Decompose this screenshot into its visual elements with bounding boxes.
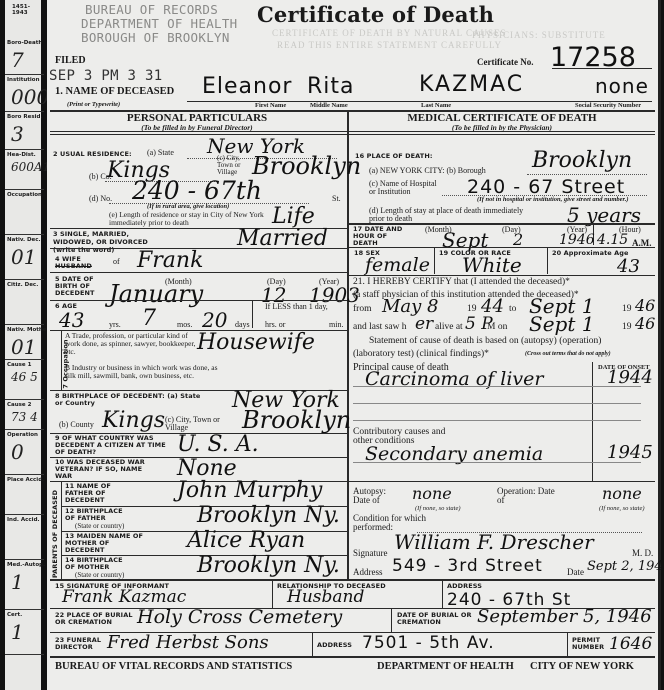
strip-cell-label: Operation — [7, 432, 38, 438]
footer-city: CITY OF NEW YORK — [530, 661, 634, 672]
autopsy-label: Autopsy: Date of — [353, 487, 403, 505]
last-saw-pronoun: er — [415, 314, 433, 334]
age-days: 20 — [202, 308, 227, 332]
strip-cell-label: Hea-Dist. — [7, 152, 36, 158]
to-label: to — [509, 304, 516, 314]
strip-cell-label: Cause 2 — [7, 402, 31, 408]
strip-cell: Boro Resid.3 — [5, 112, 44, 150]
autopsy: none — [412, 484, 452, 503]
father-label: 11 NAME OF FATHER OF DECEDENT — [65, 483, 135, 504]
permit-number: 1646 — [609, 634, 652, 654]
cross-out-note: (Cross out terms that do not apply) — [525, 351, 611, 357]
strip-cell: Ind. Accid. — [5, 515, 44, 560]
funeral-address-label: ADDRESS — [317, 641, 352, 649]
father-birthplace-sublabel: (State or country) — [75, 522, 124, 530]
rural-note: (If in rural area, give location) — [147, 203, 229, 210]
ssn: none — [595, 74, 649, 98]
alive-at-label: alive at — [435, 322, 463, 332]
birthplace-label: 8 BIRTHPLACE OF DECEDENT: (a) State or C… — [55, 393, 205, 407]
length-of-residence-label: (e) Length of residence or stay in City … — [109, 211, 269, 227]
nyc-borough-label: (a) NEW YORK CITY: (b) Borough — [369, 166, 486, 175]
footer-department: DEPARTMENT OF HEALTH — [377, 661, 514, 672]
city-label: (c) City, Town or Village — [217, 155, 257, 176]
strip-cell-label: Boro Resid. — [7, 114, 43, 120]
burial-date: September 5, 1946 — [477, 606, 652, 627]
dob-month: January — [109, 280, 203, 308]
strip-header: 1451-1943 — [12, 4, 41, 16]
strip-cell-value: 000 — [11, 85, 49, 109]
spouse-label-husband: HUSBAND — [55, 262, 92, 270]
residence-city: Brooklyn — [252, 152, 361, 180]
mother-name: Alice Ryan — [187, 528, 305, 553]
parents-side-label: PARENTS OF DECEASED — [51, 490, 59, 578]
personal-subheading: (To be filled in by Funeral Director) — [47, 123, 347, 132]
md-label: M. D. — [632, 548, 653, 558]
filed-stamp: SEP 3 PM 3 31 — [49, 68, 162, 84]
last-saw-date: Sept 1 — [529, 312, 594, 336]
strip-cell: Boro-Death7 — [5, 38, 44, 75]
veteran-label: 10 WAS DECEASED WAR VETERAN? IF SO, NAME… — [55, 459, 145, 480]
mother-birthplace-label: 14 BIRTHPLACE OF MOTHER — [65, 557, 135, 571]
middle-name: Rita — [307, 74, 355, 99]
strip-cell-label: Occupation — [7, 192, 42, 198]
residence-number: 240 - 67th — [132, 176, 262, 205]
birthplace-city: Brooklyn — [242, 406, 351, 434]
age-months: 7 — [142, 306, 156, 331]
strip-cell-value: 1 — [11, 620, 24, 644]
father-name: John Murphy — [177, 478, 322, 503]
bleed-through-text: PHYSICIANS: SUBSTITUTE — [472, 30, 606, 40]
strip-cell: Hea-Dist.600A1 — [5, 150, 44, 190]
strip-cell-value: 73 4 — [11, 410, 38, 424]
name-sublabel: (Print or Typewrite) — [67, 101, 120, 108]
strip-cell: Place Accid. — [5, 475, 44, 515]
death-year: 1946 — [559, 232, 595, 248]
certify-line-1: 21. I HEREBY CERTIFY that (I attended th… — [353, 277, 570, 287]
burial-date-label: DATE OF BURIAL OR CREMATION — [397, 612, 477, 626]
operation-label: Operation: Date of — [497, 487, 557, 505]
last-saw-label: and last saw h — [353, 322, 407, 332]
coding-strip: 1451-1943 Boro-Death7Institution000Boro … — [0, 0, 44, 690]
medical-subheading: (To be filled in by the Physician) — [349, 123, 655, 132]
strip-cell: Operation0 — [5, 430, 44, 475]
sex: female — [365, 254, 430, 276]
birthplace-city-label: (c) City, Town or Village — [165, 416, 235, 432]
strip-cell: Med.-Autop.1 — [5, 560, 44, 610]
strip-cell-value: 01 — [11, 335, 36, 359]
date-label: Date — [567, 567, 584, 577]
death-hour: 4.15 — [597, 232, 628, 248]
certify-date: Sept 2, 1946 — [587, 559, 664, 574]
father-birthplace: Brooklyn Ny. — [197, 503, 340, 528]
strip-cell-value: 7 — [11, 48, 24, 72]
spouse-of-label: of — [113, 257, 120, 266]
citizenship-label: 9 OF WHAT COUNTRY WAS DECEDENT A CITIZEN… — [55, 435, 170, 456]
funeral-director-label: 23 FUNERAL DIRECTOR — [55, 637, 105, 651]
mother-birthplace-sublabel: (State or country) — [75, 571, 124, 579]
burial-place-label: 22 PLACE OF BURIAL OR CREMATION — [55, 612, 135, 626]
attended-to-year: 46 — [635, 296, 655, 315]
street-label: St. — [332, 194, 341, 203]
strip-cell-label: Cert. — [7, 612, 22, 618]
filed-label: FILED — [55, 55, 86, 66]
strip-cell-label: Nativ. Mother — [7, 327, 49, 333]
strip-cell-value: 01 — [11, 245, 36, 269]
name-label: 1. NAME OF DECEASED — [55, 86, 174, 97]
ssn-label: Social Security Number — [575, 102, 641, 109]
physician-address: 549 - 3rd Street — [392, 556, 543, 576]
burial-place: Holy Cross Cemetery — [137, 606, 342, 628]
birthplace-county-label: (b) County — [59, 420, 94, 429]
physician-address-label: Address — [353, 567, 383, 577]
strip-cell: Institution000 — [5, 75, 44, 112]
strip-cell-label: Med.-Autop. — [7, 562, 45, 568]
statement-label: Statement of cause of death is based on … — [369, 336, 601, 346]
principal-onset: 1944 — [607, 367, 653, 388]
last-name: KAZMAC — [419, 72, 524, 97]
strip-cell: Citiz. Dec. — [5, 280, 44, 325]
dob-label: 5 DATE OF BIRTH OF DECEDENT — [55, 276, 105, 297]
strip-cell: Cert.1 — [5, 610, 44, 655]
strip-cell-value: 3 — [11, 122, 24, 146]
informant-address-label: ADDRESS — [447, 582, 482, 590]
relationship: Husband — [287, 587, 364, 607]
strip-cell: Cause 146 5 — [5, 360, 44, 400]
strip-cell-label: Ind. Accid. — [7, 517, 40, 523]
certificate-no-label: Certificate No. — [477, 57, 533, 67]
bureau-stamp-line: BOROUGH OF BROOKLYN — [81, 30, 230, 45]
last-saw-year-prefix: 19 — [622, 322, 632, 332]
bleed-through-text: READ THIS ENTIRE STATEMENT CAREFULLY — [277, 40, 502, 50]
usual-residence-label: 2 USUAL RESIDENCE: — [53, 150, 132, 158]
strip-cell: Nativ. Dec.01 — [5, 235, 44, 280]
first-name-label: First Name — [255, 102, 286, 109]
days-label: days — [235, 320, 250, 329]
statement-label-2: (laboratory test) (clinical findings)* — [353, 349, 489, 359]
permit-label: PERMIT NUMBER — [572, 637, 602, 651]
from-label: from — [353, 304, 371, 314]
operation-note: (If none, so state) — [599, 505, 645, 512]
strip-cell-value: 600A1 — [11, 160, 50, 174]
trade: Housewife — [197, 330, 315, 355]
approx-age: 43 — [617, 256, 640, 277]
birthplace-county: Kings — [102, 408, 165, 433]
from-year-prefix: 19 — [467, 304, 477, 314]
industry-label: B Industry or business in which work was… — [65, 364, 225, 380]
funeral-director: Fred Herbst Sons — [107, 632, 269, 653]
less-than-day-label: If LESS than 1 day, — [265, 302, 328, 311]
strip-cell-label: Institution — [7, 77, 40, 83]
m-on-label: M on — [487, 322, 507, 332]
strip-cell-value: 46 5 — [11, 370, 38, 384]
operation: none — [602, 484, 642, 503]
yrs-label: yrs. — [109, 320, 121, 329]
strip-cell-label: Nativ. Dec. — [7, 237, 41, 243]
contributory-onset: 1945 — [607, 442, 653, 463]
strip-cell: Cause 273 4 — [5, 400, 44, 430]
place-of-death-label: 16 PLACE OF DEATH: — [355, 152, 433, 160]
state-label: (a) State — [147, 148, 174, 157]
funeral-address: 7501 - 5th Av. — [362, 633, 495, 653]
signature-label: Signature — [353, 548, 388, 558]
spouse-name: Frank — [137, 248, 203, 273]
mother-birthplace: Brooklyn Ny. — [197, 553, 340, 578]
father-birthplace-label: 12 BIRTHPLACE OF FATHER — [65, 508, 135, 522]
last-saw-year: 46 — [635, 314, 655, 333]
middle-name-label: Middle Name — [310, 102, 348, 109]
mother-label: 13 MAIDEN NAME OF MOTHER OF DECEDENT — [65, 533, 145, 554]
trade-label: A Trade, profession, or particular kind … — [65, 332, 205, 356]
min-label: min. — [329, 320, 343, 329]
strip-cell-label: Place Accid. — [7, 477, 44, 483]
last-name-label: Last Name — [421, 102, 451, 109]
bureau-stamp-line: BUREAU OF RECORDS — [85, 2, 218, 17]
number-label: (d) No. — [89, 194, 112, 203]
autopsy-note: (If none, so state) — [415, 505, 461, 512]
strip-cell-label: Cause 1 — [7, 362, 31, 368]
hospital-label: (c) Name of Hospital or Institution — [369, 180, 439, 196]
age-years: 43 — [59, 308, 84, 332]
footer-bureau: BUREAU OF VITAL RECORDS AND STATISTICS — [55, 661, 292, 672]
physician-signature: William F. Drescher — [394, 530, 594, 554]
strip-cell: Nativ. Mother01 — [5, 325, 44, 360]
document-title: Certificate of Death — [257, 2, 494, 27]
mos-label: mos. — [177, 320, 192, 329]
certificate-page: CERTIFICATE OF DEATH BY NATURAL CAUSES R… — [47, 0, 661, 690]
strip-cell: Occupation — [5, 190, 44, 235]
to-year-prefix: 19 — [622, 304, 632, 314]
page-edge — [658, 0, 661, 690]
strip-cell-value: 1 — [11, 570, 24, 594]
hospital-note: (If not in hospital or institution, give… — [477, 196, 629, 203]
race: White — [462, 253, 522, 277]
bureau-stamp-line: DEPARTMENT OF HEALTH — [81, 16, 238, 31]
strip-cell-label: Citiz. Dec. — [7, 282, 38, 288]
strip-cell-value: 0 — [11, 440, 24, 464]
strip-cell-label: Boro-Death — [7, 40, 42, 46]
hrs-label: hrs. or — [265, 320, 285, 329]
date-of-death-label: 17 DATE AND HOUR OF DEATH — [353, 226, 413, 247]
first-name: Eleanor — [202, 74, 292, 99]
informant-signature: Frank Kazmac — [62, 587, 186, 607]
citizenship: U. S. A. — [177, 432, 259, 457]
stay-label: (d) Length of stay at place of death imm… — [369, 207, 529, 223]
death-borough: Brooklyn — [532, 148, 632, 173]
